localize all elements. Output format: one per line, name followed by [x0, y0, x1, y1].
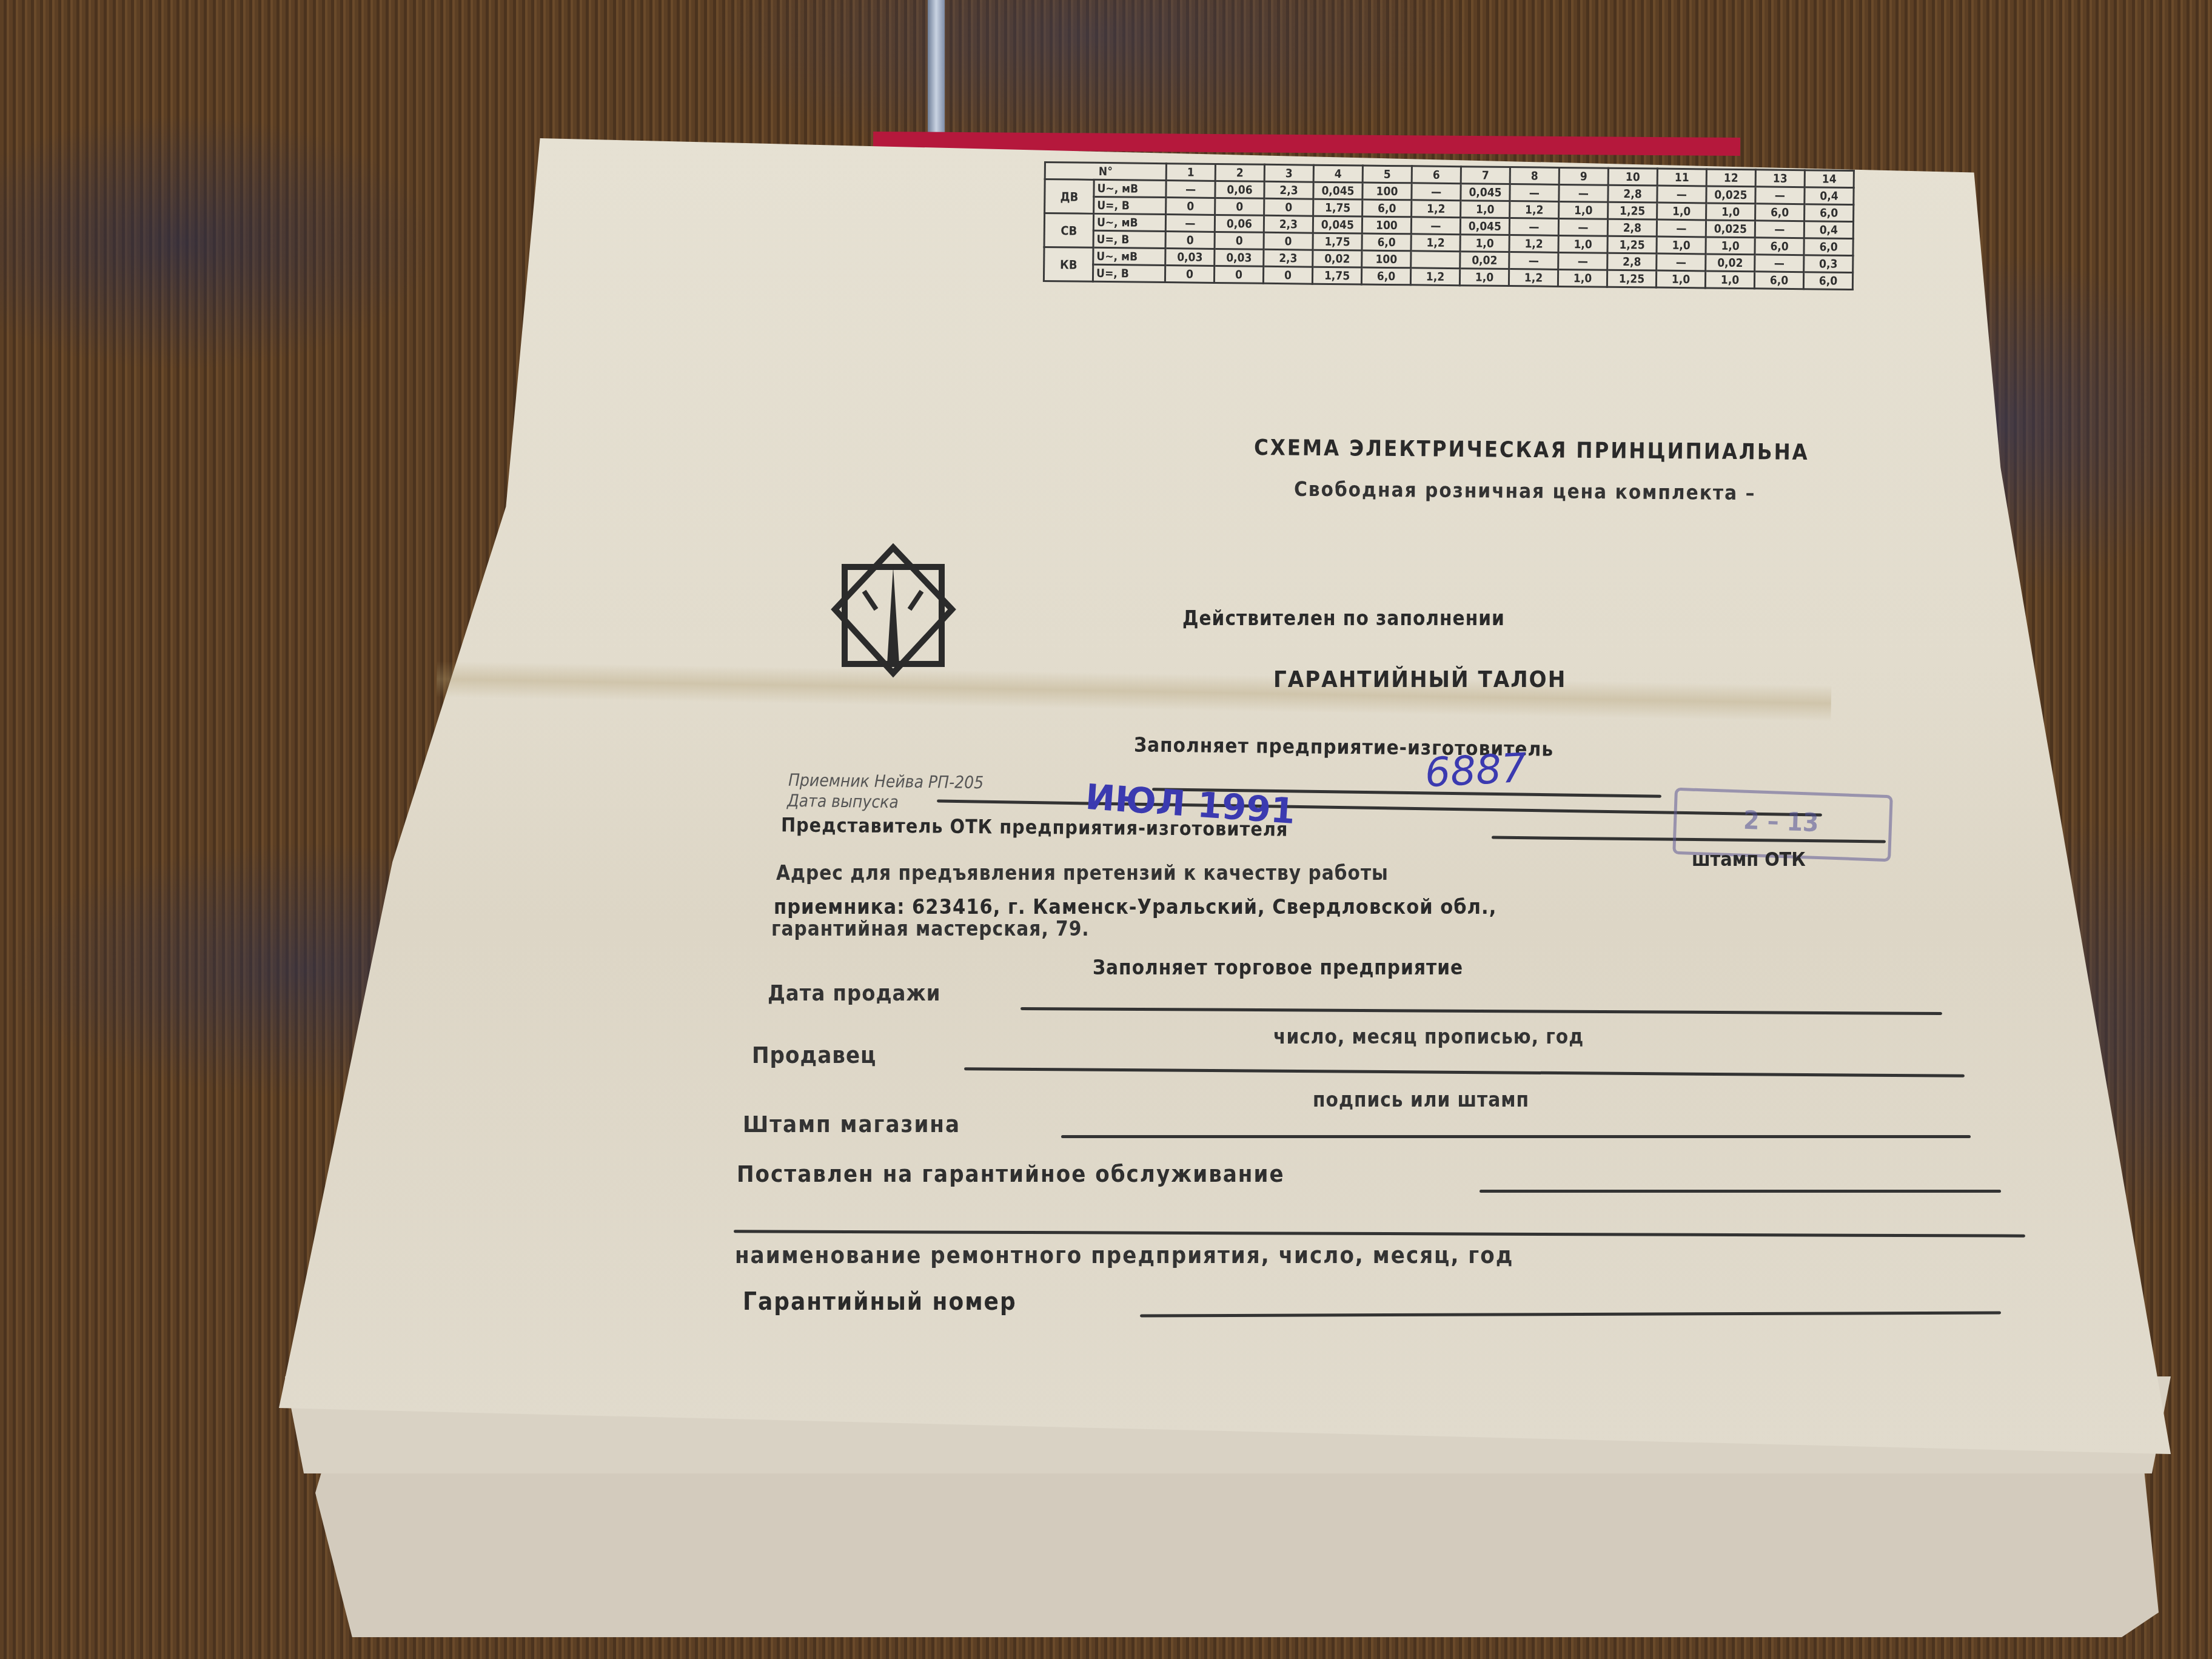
- table-cell: 0: [1264, 198, 1313, 216]
- table-cell: 1,0: [1705, 271, 1754, 289]
- column-header: 8: [1510, 167, 1559, 185]
- table-cell: 1,0: [1706, 237, 1755, 255]
- column-header: 1: [1166, 164, 1215, 181]
- table-cell: —: [1412, 183, 1461, 201]
- table-cell: 2,3: [1264, 181, 1313, 199]
- schema-title: СХЕМА ЭЛЕКТРИЧЕСКАЯ ПРИНЦИПИАЛЬНА: [1254, 435, 1809, 465]
- table-cell: 0,045: [1460, 218, 1509, 235]
- table-cell: —: [1165, 215, 1215, 232]
- table-cell: 6,0: [1755, 204, 1805, 221]
- table-cell: 0,03: [1215, 249, 1264, 266]
- table-cell: 0: [1215, 198, 1264, 215]
- table-cell: 0: [1165, 232, 1215, 249]
- table-cell: 0,025: [1706, 186, 1755, 204]
- table-cell: 6,0: [1804, 238, 1853, 256]
- valid-note: Действителен по заполнении: [1182, 606, 1505, 630]
- service-hint: наименование ремонтного предприятия, чис…: [735, 1242, 1513, 1269]
- table-cell: 1,2: [1509, 235, 1558, 253]
- unit-label: U=, В: [1093, 230, 1165, 248]
- table-cell: 1,75: [1313, 199, 1362, 216]
- otk-stamp-label: штамп ОТК: [1692, 848, 1806, 871]
- table-cell: —: [1657, 186, 1706, 203]
- table-cell: 1,0: [1706, 203, 1755, 221]
- table-cell: 0: [1263, 266, 1312, 284]
- table-cell: —: [1755, 221, 1804, 238]
- otk-stamp-date: 2 – 13: [1743, 805, 1819, 837]
- table-cell: 6,0: [1754, 272, 1803, 289]
- column-header: 9: [1559, 167, 1608, 185]
- table-cell: 0,02: [1460, 252, 1509, 269]
- column-header: 6: [1412, 166, 1461, 184]
- table-cell: 1,75: [1312, 267, 1361, 284]
- table-cell: 6,0: [1362, 233, 1411, 251]
- table-cell: 0,06: [1215, 181, 1264, 198]
- column-header: 7: [1461, 167, 1510, 184]
- table-cell: 2,3: [1264, 249, 1313, 267]
- column-header: 10: [1608, 168, 1657, 186]
- table-cell: 0,4: [1805, 187, 1854, 205]
- table-cell: 1,2: [1411, 234, 1460, 252]
- table-cell: 1,0: [1461, 201, 1510, 218]
- table-cell: 1,2: [1410, 268, 1460, 286]
- column-header: 4: [1313, 165, 1362, 183]
- table-cell: 100: [1362, 183, 1412, 200]
- table-cell: 0,03: [1165, 249, 1215, 266]
- otk-representative-label: Представитель ОТК предприятия-изготовите…: [781, 813, 1289, 840]
- table-cell: —: [1755, 187, 1805, 204]
- table-cell: 6,0: [1755, 238, 1804, 255]
- table-cell: 0: [1165, 266, 1214, 283]
- table-cell: 1,2: [1412, 200, 1461, 218]
- table-cell: 1,25: [1608, 202, 1657, 220]
- table-cell: 1,0: [1558, 235, 1607, 253]
- table-cell: 0,045: [1461, 184, 1510, 201]
- service-field[interactable]: [1480, 1190, 2001, 1193]
- table-cell: —: [1509, 218, 1558, 236]
- address-line-2: приемника: 623416, г. Каменск-Уральский,…: [774, 895, 1496, 919]
- table-cell: 1,0: [1656, 270, 1705, 288]
- table-cell: —: [1755, 255, 1804, 272]
- table-cell: —: [1657, 220, 1706, 237]
- unit-label: U~, мВ: [1093, 213, 1165, 231]
- antenna: [928, 0, 945, 139]
- table-cell: 1,0: [1657, 203, 1706, 220]
- table-cell: 1,75: [1313, 233, 1362, 250]
- table-cell: 100: [1362, 216, 1411, 234]
- unit-label: U=, В: [1094, 196, 1166, 214]
- table-cell: —: [1558, 252, 1607, 270]
- table-cell: 1,0: [1657, 236, 1706, 254]
- table-cell: 1,25: [1607, 270, 1656, 287]
- column-header: 12: [1706, 169, 1755, 187]
- receiver-number-handwritten: 6887: [1424, 745, 1528, 797]
- document-heading: ГАРАНТИЙНЫЙ ТАЛОН: [1273, 666, 1566, 692]
- seller-hint: подпись или штамп: [1313, 1088, 1529, 1111]
- address-line-3: гарантийная мастерская, 79.: [771, 917, 1090, 940]
- table-cell: 0,045: [1313, 216, 1362, 233]
- table-cell: 1,0: [1559, 201, 1608, 219]
- table-cell: 2,8: [1607, 253, 1657, 270]
- table-cell: 1,2: [1510, 201, 1559, 219]
- table-cell: 100: [1362, 250, 1411, 268]
- band-label: СВ: [1044, 213, 1094, 248]
- band-label: ДВ: [1045, 179, 1094, 214]
- unit-label: U~, мВ: [1094, 179, 1166, 197]
- table-cell: —: [1411, 217, 1460, 235]
- warranty-number-label: Гарантийный номер: [743, 1288, 1017, 1316]
- unit-label: U~, мВ: [1093, 247, 1165, 265]
- column-header: 13: [1755, 170, 1805, 187]
- table-cell: 0,02: [1313, 250, 1362, 267]
- column-header: 11: [1657, 169, 1706, 186]
- seller-label: Продавец: [752, 1042, 876, 1068]
- table-cell: 1,0: [1558, 269, 1607, 287]
- table-cell: 0: [1166, 198, 1215, 215]
- shop-stamp-label: Штамп магазина: [743, 1111, 960, 1138]
- retail-section-heading: Заполняет торговое предприятие: [1093, 956, 1463, 979]
- unit-label: U=, В: [1093, 264, 1165, 282]
- table-cell: 2,8: [1607, 219, 1657, 236]
- table-cell: 0,4: [1804, 221, 1853, 239]
- price-line: Свободная розничная цена комплекта –: [1294, 477, 1756, 505]
- table-cell: 1,2: [1509, 269, 1558, 287]
- column-header: 14: [1805, 170, 1854, 188]
- table-cell: 6,0: [1803, 272, 1852, 290]
- address-line-1: Адрес для предъявления претензий к качес…: [776, 861, 1389, 885]
- table-cell: 6,0: [1362, 199, 1412, 217]
- column-header: 3: [1264, 164, 1313, 182]
- table-cell: 1,0: [1460, 269, 1509, 286]
- table-cell: [1411, 251, 1460, 269]
- column-header: 5: [1362, 166, 1412, 183]
- table-cell: —: [1559, 184, 1608, 202]
- table-cell: —: [1558, 218, 1607, 236]
- release-date-label: Дата выпуска: [787, 791, 899, 813]
- table-corner-header: N°: [1045, 163, 1166, 181]
- table-cell: —: [1166, 181, 1215, 198]
- sale-date-label: Дата продажи: [768, 981, 940, 1006]
- table-cell: 2,8: [1608, 185, 1657, 203]
- table-cell: 0,025: [1706, 220, 1755, 238]
- table-cell: 0,02: [1706, 254, 1755, 272]
- receiver-label: Приемник Нейва РП-205: [788, 770, 984, 793]
- shop-stamp-field[interactable]: [1061, 1135, 1971, 1138]
- table-cell: 1,0: [1460, 235, 1509, 252]
- table-cell: —: [1510, 184, 1559, 202]
- table-cell: —: [1657, 253, 1706, 271]
- column-header: 2: [1215, 164, 1264, 181]
- table-cell: 0: [1215, 232, 1264, 249]
- measurements-table: N° 1234567891011121314 ДВU~, мВ—0,062,30…: [1043, 161, 1855, 290]
- table-cell: 1,25: [1607, 236, 1657, 253]
- table-cell: 0,3: [1804, 255, 1853, 273]
- table-cell: 0,045: [1313, 182, 1362, 199]
- band-label: КВ: [1044, 247, 1093, 282]
- table-cell: 0: [1214, 266, 1263, 283]
- sale-date-hint: число, месяц прописью, год: [1273, 1025, 1584, 1048]
- table-cell: 6,0: [1805, 204, 1854, 222]
- table-cell: 2,3: [1264, 215, 1313, 233]
- factory-logo-icon: [828, 543, 967, 682]
- table-cell: 0: [1264, 232, 1313, 250]
- table-cell: —: [1509, 252, 1558, 270]
- table-cell: 0,06: [1215, 215, 1264, 232]
- table-cell: 6,0: [1361, 267, 1410, 285]
- service-label: Поставлен на гарантийное обслуживание: [737, 1161, 1285, 1187]
